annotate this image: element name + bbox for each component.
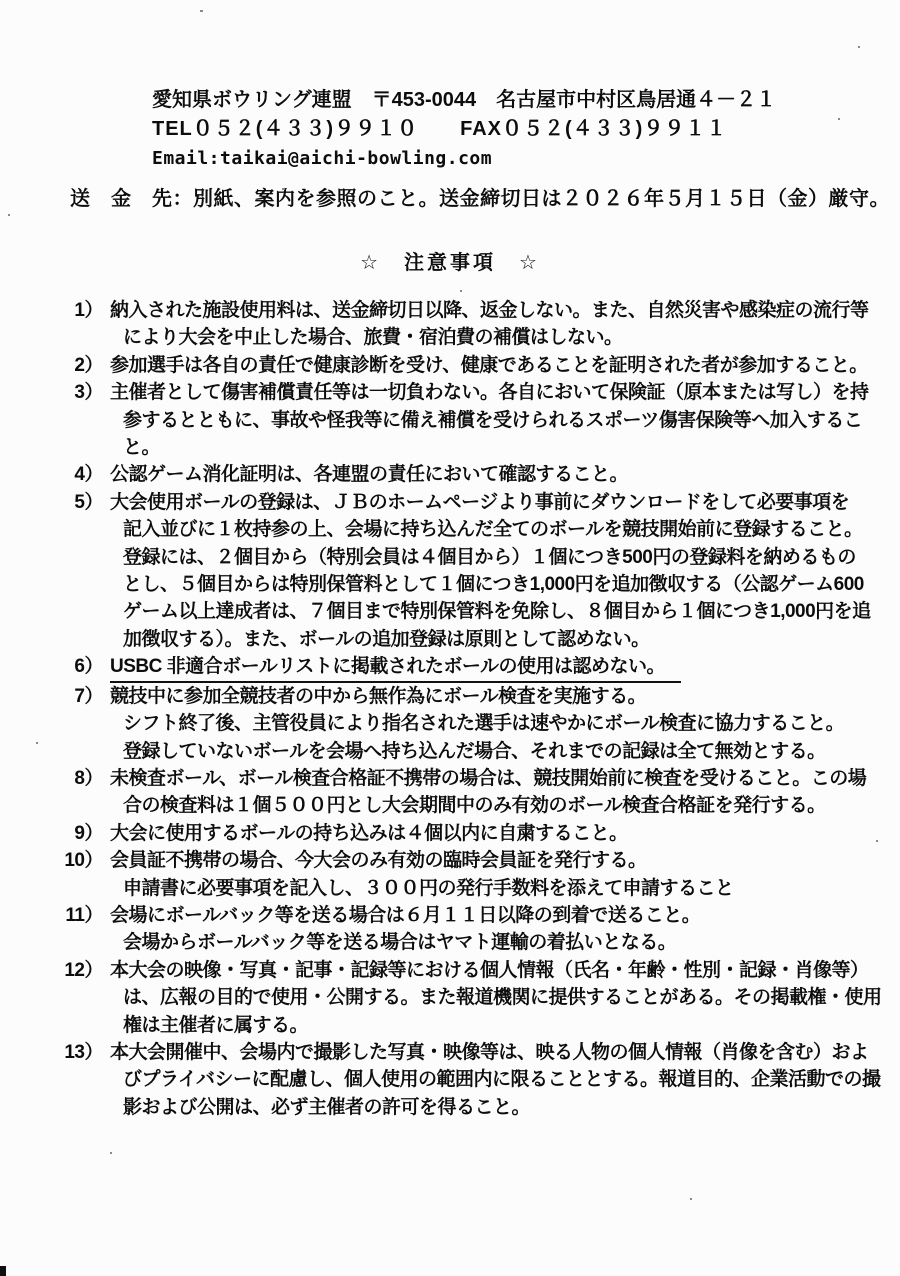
note-item: 7） 競技中に参加全競技者の中から無作為にボール検査を実施する。シフト終了後、主… [58,683,864,765]
note-number: 4） [58,461,103,488]
scan-speckle [838,118,840,120]
note-line: 登録していないボールを会場へ持ち込んだ場合、それまでの記録は全て無効とする。 [110,738,844,765]
scan-edge-mark [0,1266,6,1276]
note-line: と。 [110,434,869,461]
scan-speckle [876,840,878,842]
note-body: 参加選手は各自の責任で健康診断を受け、健康であることを証明された者が参加すること… [110,352,868,379]
note-body: 納入された施設使用料は、送金締切日以降、返金しない。また、自然災害や感染症の流行… [110,297,869,352]
note-line: 参加選手は各自の責任で健康診断を受け、健康であることを証明された者が参加すること… [110,352,868,379]
note-line: 参するとともに、事故や怪我等に備え補償を受けられるスポーツ傷害保険等へ加入するこ [110,407,869,434]
note-number: 9） [58,820,103,847]
note-body: 本大会の映像・写真・記事・記録等における個人情報（氏名・年齢・性別・記録・肖像等… [110,957,882,1039]
note-line: 納入された施設使用料は、送金締切日以降、返金しない。また、自然災害や感染症の流行… [110,297,869,324]
note-item: 12） 本大会の映像・写真・記事・記録等における個人情報（氏名・年齢・性別・記録… [58,957,864,1039]
note-body: 競技中に参加全競技者の中から無作為にボール検査を実施する。シフト終了後、主管役員… [110,683,844,765]
note-item: 9） 大会に使用するボールの持ち込みは４個以内に自粛すること。 [58,820,864,847]
note-line: 会場にボールバック等を送る場合は６月１１日以降の到着で送ること。 [110,902,700,929]
note-number: 6） [58,653,103,680]
note-item: 10） 会員証不携帯の場合、今大会のみ有効の臨時会員証を発行する。申請書に必要事… [58,847,864,902]
note-item: 11） 会場にボールバック等を送る場合は６月１１日以降の到着で送ること。会場から… [58,902,864,957]
note-line: ゲーム以上達成者は、７個目まで特別保管料を免除し、８個目から１個につき1,000… [110,598,871,625]
note-line: 会員証不携帯の場合、今大会のみ有効の臨時会員証を発行する。 [110,847,734,874]
note-item: 3） 主催者として傷害補償責任等は一切負わない。各自において保険証（原本または写… [58,379,864,461]
note-line: 影および公開は、必ず主催者の許可を得ること。 [110,1094,881,1121]
note-number: 10） [58,847,103,874]
note-line: 未検査ボール、ボール検査合格証不携帯の場合は、競技開始前に検査を受けること。この… [110,765,866,792]
note-item: 1） 納入された施設使用料は、送金締切日以降、返金しない。また、自然災害や感染症… [58,297,864,352]
note-body: 大会使用ボールの登録は、ＪＢのホームページより事前にダウンロードをして必要事項を… [110,489,871,653]
note-number: 13） [58,1039,103,1066]
note-body: 公認ゲーム消化証明は、各連盟の責任において確認すること。 [110,461,628,488]
scan-speckle [460,290,462,292]
note-line: 登録には、２個目から（特別会員は４個目から）１個につき500円の登録料を納めるも… [110,544,871,571]
note-item: 5） 大会使用ボールの登録は、ＪＢのホームページより事前にダウンロードをして必要… [58,489,864,653]
note-line: 主催者として傷害補償責任等は一切負わない。各自において保険証（原本または写し）を… [110,379,869,406]
note-line: とし、５個目からは特別保管料として１個につき1,000円を追加徴収する（公認ゲー… [110,571,871,598]
scan-speckle [282,188,285,190]
note-line: シフト終了後、主管役員により指名された選手は速やかにボール検査に協力すること。 [110,710,844,737]
note-number: 1） [58,297,103,324]
notes-list: 1） 納入された施設使用料は、送金締切日以降、返金しない。また、自然災害や感染症… [58,297,864,1121]
note-line: 会場からボールバック等を送る場合はヤマト運輸の着払いとなる。 [110,929,700,956]
note-number: 12） [58,957,103,984]
note-line: 大会に使用するボールの持ち込みは４個以内に自粛すること。 [110,820,628,847]
note-number: 7） [58,683,103,710]
note-line: 加徴収する）。また、ボールの追加登録は原則として認めない。 [110,626,871,653]
scan-speckle [690,1198,692,1200]
note-number: 5） [58,489,103,516]
section-title: ☆ 注意事項 ☆ [0,246,900,275]
note-number: 8） [58,765,103,792]
note-line: により大会を中止した場合、旅費・宿泊費の補償はしない。 [110,324,869,351]
note-number: 11） [58,902,103,929]
note-line: 記入並びに１枚持参の上、会場に持ち込んだ全てのボールを競技開始前に登録すること。 [110,516,871,543]
note-number: 3） [58,379,103,406]
note-item: 6） USBC 非適合ボールリストに掲載されたボールの使用は認めない。 [58,653,864,682]
org-header: 愛知県ボウリング連盟 〒453-0044 名古屋市中村区鳥居通４－２１ TEL０… [152,86,776,173]
note-item: 8） 未検査ボール、ボール検査合格証不携帯の場合は、競技開始前に検査を受けること… [58,765,864,820]
scan-speckle [36,742,38,744]
note-body: 主催者として傷害補償責任等は一切負わない。各自において保険証（原本または写し）を… [110,379,869,461]
scanned-document-page: 愛知県ボウリング連盟 〒453-0044 名古屋市中村区鳥居通４－２１ TEL０… [0,0,900,1276]
note-line: 申請書に必要事項を記入し、３００円の発行手数料を添えて申請すること [110,875,734,902]
note-body: 大会に使用するボールの持ち込みは４個以内に自粛すること。 [110,820,628,847]
note-line: USBC 非適合ボールリストに掲載されたボールの使用は認めない。 [110,653,681,682]
note-line: は、広報の目的で使用・公開する。また報道機関に提供することがある。その掲載権・使… [110,984,882,1011]
note-line: 合の検査料は１個５００円とし大会期間中のみ有効のボール検査合格証を発行する。 [110,792,866,819]
note-item: 13） 本大会開催中、会場内で撮影した写真・映像等は、映る人物の個人情報（肖像を… [58,1039,864,1121]
note-number: 2） [58,352,103,379]
note-line: 本大会の映像・写真・記事・記録等における個人情報（氏名・年齢・性別・記録・肖像等… [110,957,882,984]
scan-speckle [110,1152,112,1154]
email-line: Email:taikai@aichi-bowling.com [152,144,776,173]
remittance-line: 送 金 先：別紙、案内を参照のこと。送金締切日は２０２６年５月１５日（金）厳守。 [70,182,890,211]
scan-speckle [200,10,203,12]
note-line: 競技中に参加全競技者の中から無作為にボール検査を実施する。 [110,683,844,710]
scan-speckle [858,46,860,48]
note-body: 会場にボールバック等を送る場合は６月１１日以降の到着で送ること。会場からボールバ… [110,902,700,957]
note-line: 本大会開催中、会場内で撮影した写真・映像等は、映る人物の個人情報（肖像を含む）お… [110,1039,881,1066]
note-line: 公認ゲーム消化証明は、各連盟の責任において確認すること。 [110,461,628,488]
note-item: 2） 参加選手は各自の責任で健康診断を受け、健康であることを証明された者が参加す… [58,352,864,379]
note-body: 未検査ボール、ボール検査合格証不携帯の場合は、競技開始前に検査を受けること。この… [110,765,866,820]
org-address-line: 愛知県ボウリング連盟 〒453-0044 名古屋市中村区鳥居通４－２１ [152,86,776,115]
note-body: 会員証不携帯の場合、今大会のみ有効の臨時会員証を発行する。申請書に必要事項を記入… [110,847,734,902]
note-body: USBC 非適合ボールリストに掲載されたボールの使用は認めない。 [110,653,681,682]
note-body: 本大会開催中、会場内で撮影した写真・映像等は、映る人物の個人情報（肖像を含む）お… [110,1039,881,1121]
note-item: 4） 公認ゲーム消化証明は、各連盟の責任において確認すること。 [58,461,864,488]
scan-speckle [8,214,10,216]
note-line: 大会使用ボールの登録は、ＪＢのホームページより事前にダウンロードをして必要事項を [110,489,871,516]
note-line: びプライバシーに配慮し、個人使用の範囲内に限ることとする。報道目的、企業活動での… [110,1066,881,1093]
note-line: 権は主催者に属する。 [110,1012,882,1039]
tel-fax-line: TEL０５２(４３３)９９１０ FAX０５２(４３３)９９１１ [152,115,776,144]
